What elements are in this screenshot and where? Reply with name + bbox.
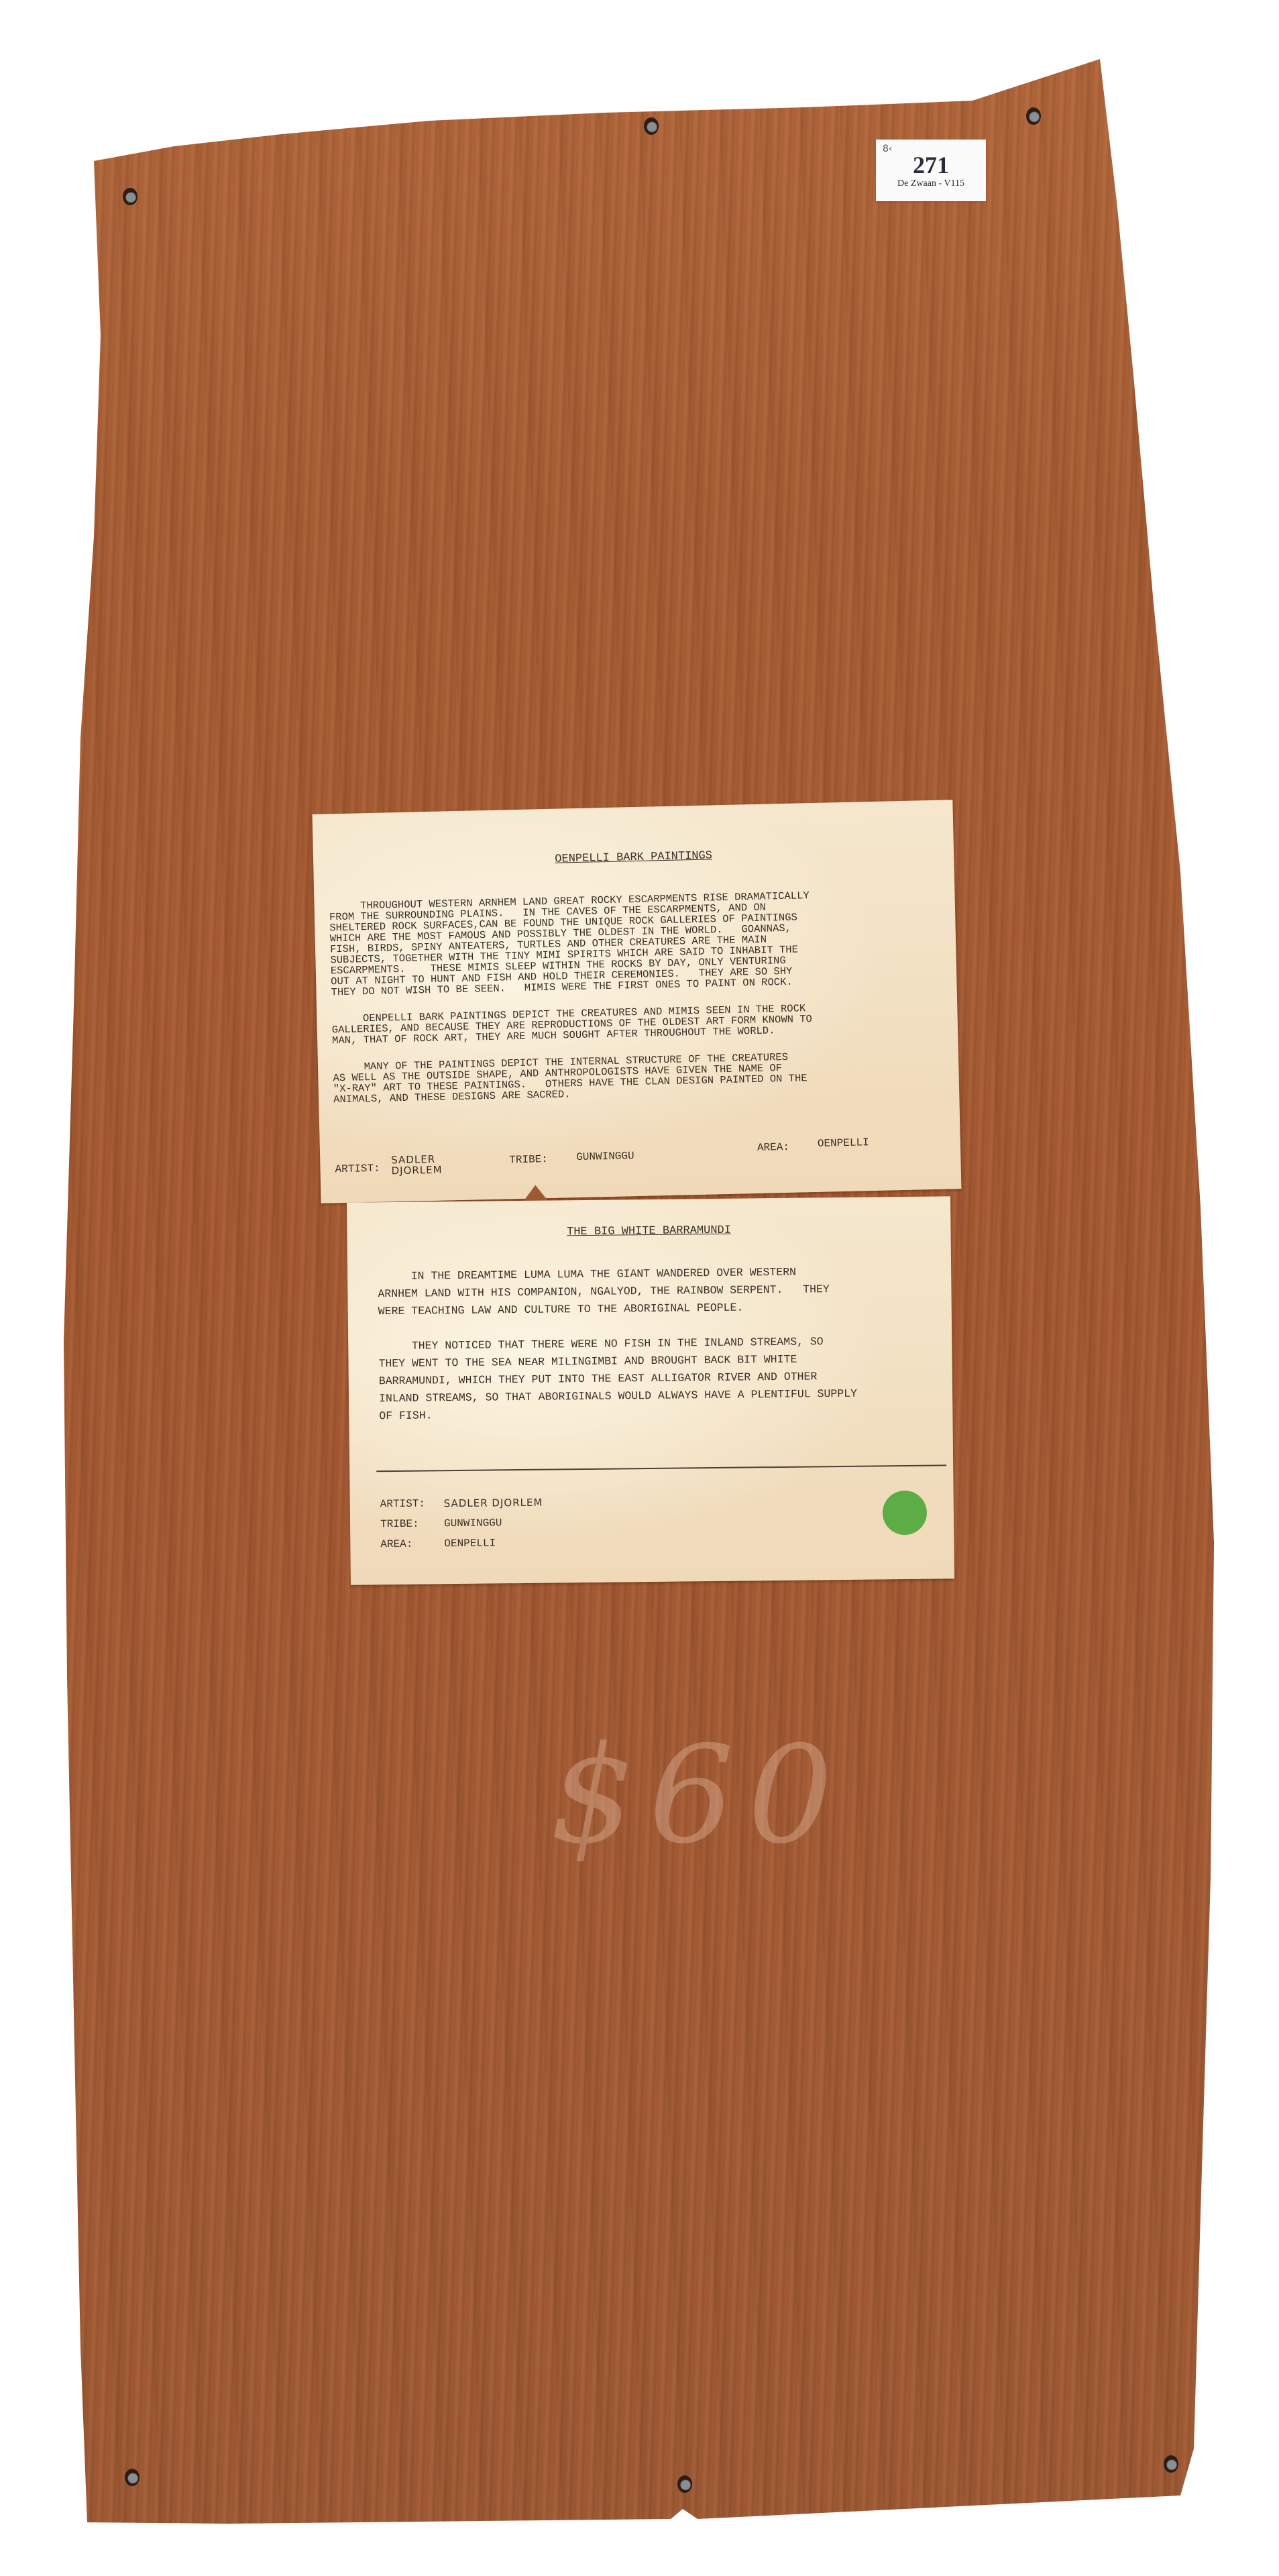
- bark-painting-back: $60 8‹ 271 De Zwaan - V115 OENPELLI BARK…: [0, 0, 1279, 2576]
- label-1-paragraph-2: OENPELLI BARK PAINTINGS DEPICT THE CREAT…: [331, 1000, 943, 1046]
- label-1-paragraph-3: MANY OF THE PAINTINGS DEPICT THE INTERNA…: [333, 1049, 944, 1106]
- label-2-artist-label: ARTIST:: [380, 1493, 444, 1514]
- nail-top-center-icon: [644, 117, 659, 135]
- label-2-title: THE BIG WHITE BARRAMUNDI: [347, 1223, 950, 1240]
- label-1-title: OENPELLI BARK PAINTINGS: [313, 845, 954, 871]
- lot-scribble: 8‹: [883, 144, 893, 154]
- label-2-tribe-label: TRIBE:: [380, 1513, 444, 1534]
- label-2-divider: [376, 1464, 946, 1472]
- label-1-area-value: OENPELLI: [818, 1137, 869, 1149]
- label-oenpelli-bark-paintings: OENPELLI BARK PAINTINGS THROUGHOUT WESTE…: [313, 800, 962, 1203]
- label-2-artist-value: SADLER DJORLEM: [444, 1493, 543, 1514]
- label-1-tribe-label: TRIBE:: [509, 1154, 548, 1165]
- label-2-paragraph-1: IN THE DREAMTIME LUMA LUMA THE GIANT WAN…: [378, 1263, 925, 1321]
- label-1-tribe-value: GUNWINGGU: [576, 1150, 634, 1163]
- label-1-artist-label: ARTIST:: [335, 1163, 380, 1175]
- green-dot-sticker: [883, 1491, 928, 1536]
- nail-bottom-center-icon: [677, 2475, 692, 2493]
- label-1-paragraph-1: THROUGHOUT WESTERN ARNHEM LAND GREAT ROC…: [329, 888, 942, 998]
- nail-top-left-icon: [123, 188, 137, 205]
- label-2-area-label: AREA:: [380, 1534, 444, 1554]
- label-1-footer: ARTIST: SADLER DJORLEM TRIBE: GUNWINGGU …: [335, 1136, 946, 1150]
- label-2-tribe-value: GUNWINGGU: [444, 1513, 502, 1534]
- lot-number: 271: [876, 153, 986, 177]
- lot-reference: De Zwaan - V115: [876, 178, 986, 189]
- label-2-area-value: OENPELLI: [444, 1533, 496, 1554]
- nail-bottom-right-icon: [1164, 2455, 1178, 2473]
- nail-bottom-left-icon: [125, 2469, 140, 2486]
- label-1-area-label: AREA:: [757, 1142, 789, 1153]
- lot-label: 8‹ 271 De Zwaan - V115: [876, 140, 986, 201]
- nail-top-right-icon: [1026, 107, 1041, 125]
- chalk-marking: $60: [550, 1717, 846, 1874]
- label-1-artist-value: SADLER DJORLEM: [391, 1154, 445, 1177]
- label-big-white-barramundi: THE BIG WHITE BARRAMUNDI IN THE DREAMTIM…: [347, 1196, 954, 1585]
- label-2-paragraph-2: THEY NOTICED THAT THERE WERE NO FISH IN …: [378, 1332, 926, 1426]
- label-2-meta: ARTIST:SADLER DJORLEM TRIBE:GUNWINGGU AR…: [380, 1493, 544, 1555]
